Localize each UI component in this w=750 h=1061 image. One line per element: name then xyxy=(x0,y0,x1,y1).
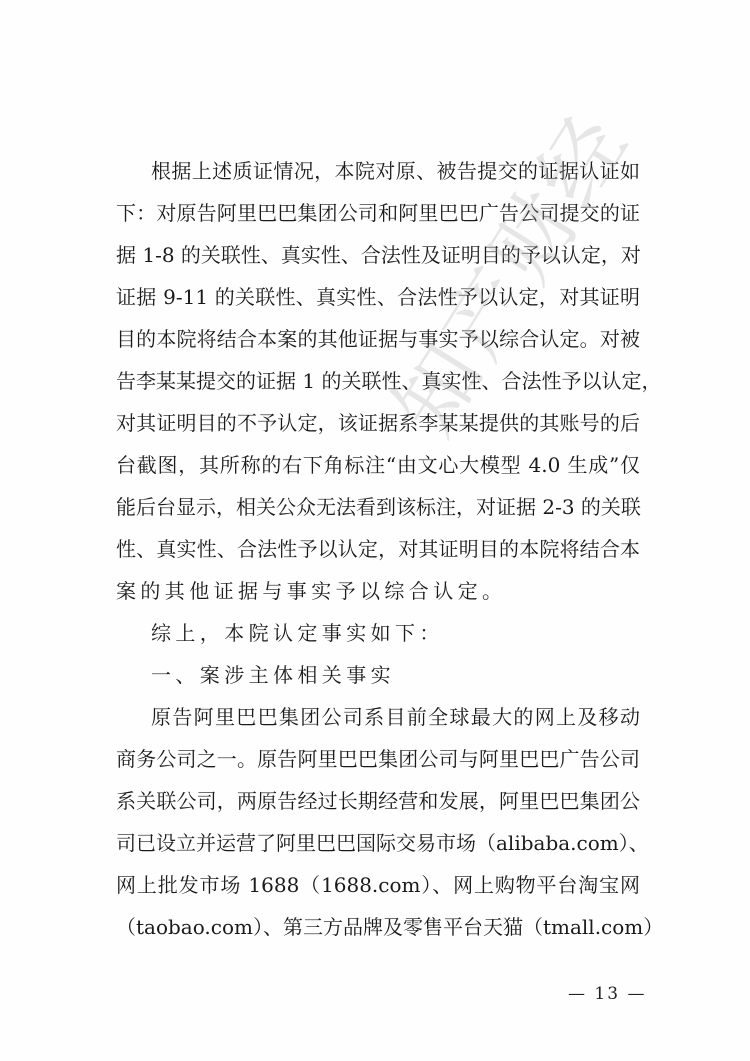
text-line: 商务公司之一。原告阿里巴巴集团公司与阿里巴巴广告公司 xyxy=(116,738,640,780)
document-page: 根据上述质证情况，本院对原、被告提交的证据认证如 下：对原告阿里巴巴集团公司和阿… xyxy=(0,0,750,1061)
text-line: 能后台显示，相关公众无法看到该标注，对证据 2-3 的关联 xyxy=(116,486,640,528)
text-line: 下：对原告阿里巴巴集团公司和阿里巴巴广告公司提交的证 xyxy=(116,192,640,234)
text-line: 案的其他证据与事实予以综合认定。 xyxy=(116,570,506,612)
text-line: 对其证明目的不予认定，该证据系李某某提供的其账号的后 xyxy=(116,402,640,444)
text-line: （taobao.com）、第三方品牌及零售平台天猫（tmall.com） xyxy=(116,906,640,948)
page-number: — 13 — xyxy=(568,984,646,1004)
text-line: 网上批发市场 1688（1688.com）、网上购物平台淘宝网 xyxy=(116,864,640,906)
text-line: 性、真实性、合法性予以认定，对其证明目的本院将结合本 xyxy=(116,528,640,570)
text-line: 根据上述质证情况，本院对原、被告提交的证据认证如 xyxy=(151,150,640,192)
text-line: 目的本院将结合本案的其他证据与事实予以综合认定。对被 xyxy=(116,318,640,360)
text-line: 台截图，其所称的右下角标注“由文心大模型 4.0 生成”仅 xyxy=(116,444,640,486)
text-line: 告李某某提交的证据 1 的关联性、真实性、合法性予以认定， xyxy=(116,360,640,402)
text-line: 系关联公司，两原告经过长期经营和发展，阿里巴巴集团公 xyxy=(116,780,640,822)
text-line: 据 1-8 的关联性、真实性、合法性及证明目的予以认定，对 xyxy=(116,234,640,276)
text-line: 综上，本院认定事实如下： xyxy=(151,612,444,654)
text-line: 司已设立并运营了阿里巴巴国际交易市场（alibaba.com）、 xyxy=(116,822,640,864)
section-heading: 一、案涉主体相关事实 xyxy=(151,654,395,696)
text-line: 证据 9-11 的关联性、真实性、合法性予以认定，对其证明 xyxy=(116,276,640,318)
text-line: 原告阿里巴巴集团公司系目前全球最大的网上及移动 xyxy=(151,696,640,738)
